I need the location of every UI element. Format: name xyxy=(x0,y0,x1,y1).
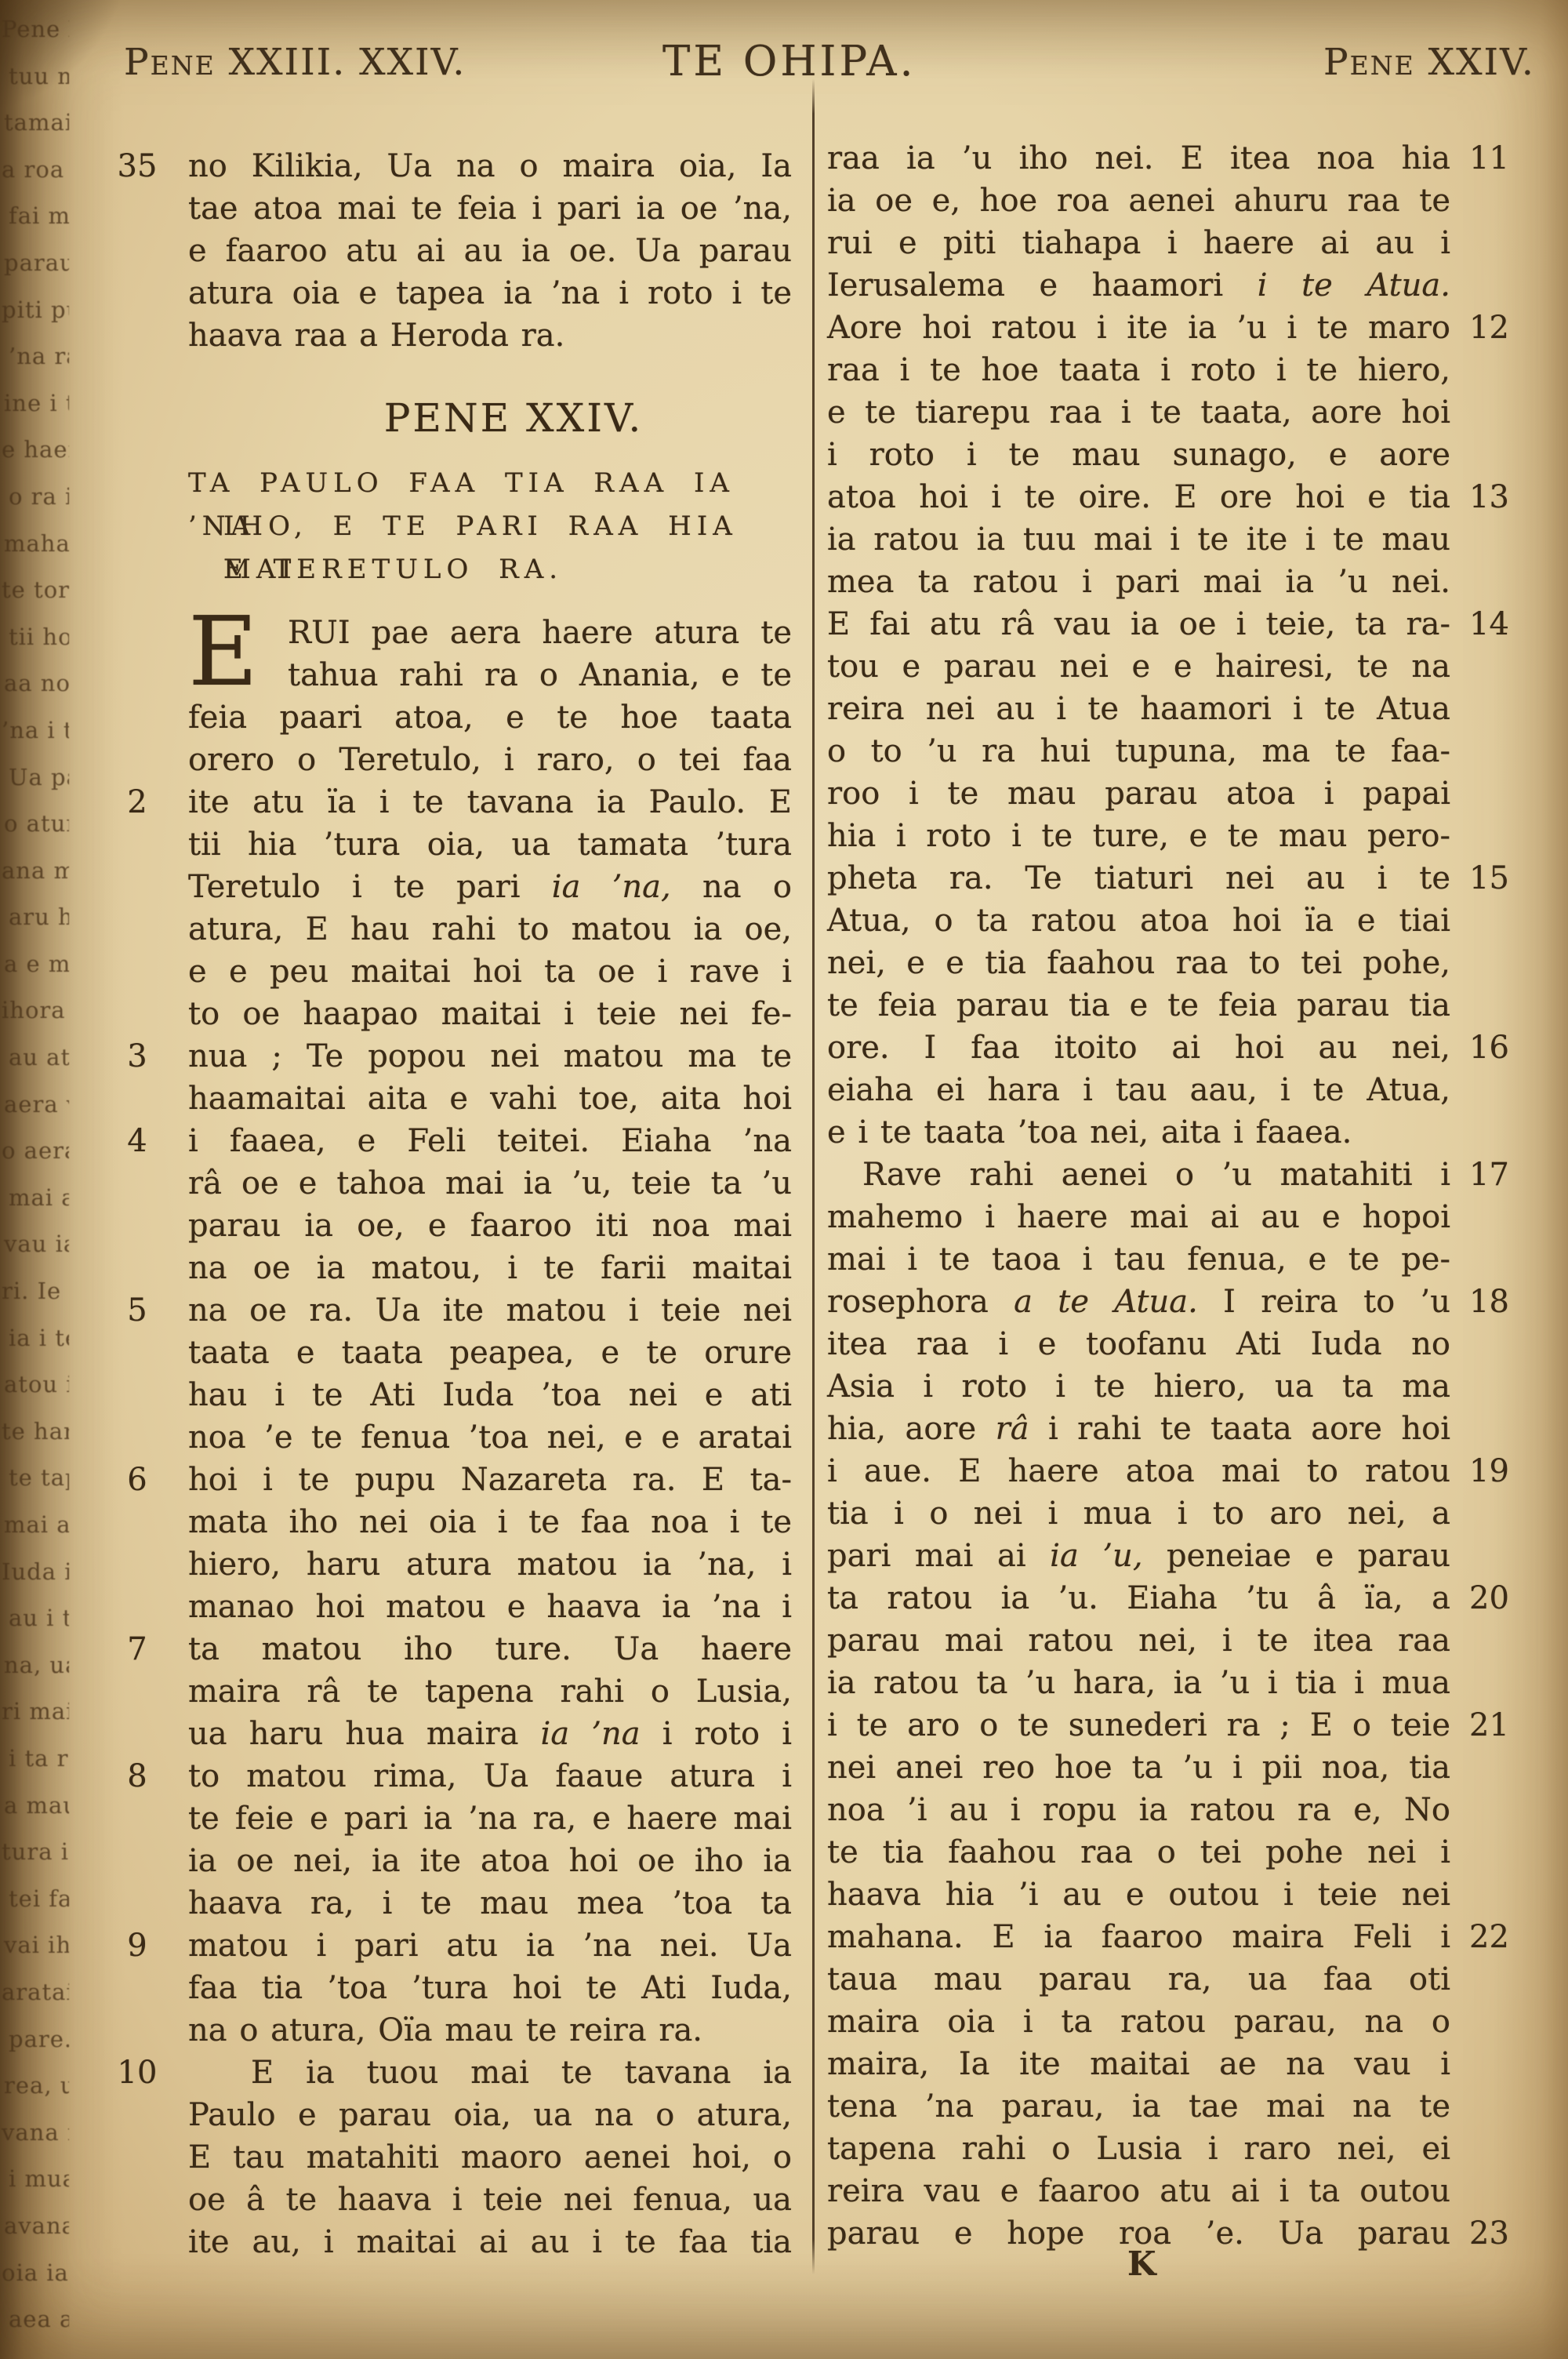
line-text: pheta ra. Te tiaturi nei au i te xyxy=(827,857,1450,900)
text-line: nei, e e tia faahou raa to tei pohe, xyxy=(827,942,1450,984)
verse-number: 19 xyxy=(1469,1450,1532,1492)
line-text: taua mau parau ra, ua faa oti xyxy=(827,1958,1450,2001)
text-line: pheta ra. Te tiaturi nei au i te 15 xyxy=(827,857,1450,900)
line-text: mai i te taoa i tau fenua, e te pe- xyxy=(827,1238,1450,1281)
bleed-text-fragment: o atura, K xyxy=(0,801,69,848)
line-text: faa tia ’toa ’tura hoi te Ati Iuda, xyxy=(188,1967,792,2009)
text-line: e e peu maitai hoi ta oe i rave i xyxy=(188,951,792,993)
line-text: maira, Ia ite maitai ae na vau i xyxy=(827,2043,1450,2085)
line-text: manao hoi matou e haava ia ’na i xyxy=(188,1586,792,1628)
bleed-text-fragment: a mau fa xyxy=(0,1783,69,1830)
text-line: noa ’e te fenua ’toa nei, e e aratai xyxy=(188,1416,792,1459)
text-line: mea ta ratou i pari mai ia ’u nei. xyxy=(827,561,1450,603)
text-line: rui e piti tiahapa i haere ai au i xyxy=(827,222,1450,264)
summary-line: IHO, E TE PARI RAA HIA MAI xyxy=(188,505,792,548)
line-text: reira nei au i te haamori i te Atua xyxy=(827,688,1450,730)
text-line: i aue. E haere atoa mai to ratou 19 xyxy=(827,1450,1450,1492)
text-line: tena ’na parau, ia tae mai na te xyxy=(827,2085,1450,2128)
text-line: e faaroo atu ai au ia oe. Ua parau xyxy=(188,230,792,272)
line-text: Rave rahi aenei o ’u matahiti i xyxy=(827,1154,1450,1196)
line-text: hiero, haru atura matou ia ’na, i xyxy=(188,1543,792,1586)
verse-number: 6 xyxy=(100,1459,174,1501)
header-book-title: TE OHIPA. xyxy=(662,38,916,85)
line-text: ite atu ïa i te tavana ia Paulo. E xyxy=(188,781,792,823)
bleed-text-fragment: aa no Pa xyxy=(0,660,69,707)
text-line: reira vau e faaroo atu ai i ta outou xyxy=(827,2170,1450,2212)
line-text: ia oe e, hoe roa aenei ahuru raa te xyxy=(827,180,1450,222)
text-line: hiero, haru atura matou ia ’na, i xyxy=(188,1543,792,1586)
line-text: maira râ te tapena rahi o Lusia, xyxy=(188,1670,792,1713)
line-text: RUI pae aera haere atura te xyxy=(288,612,792,654)
text-line: nei anei reo hoe ta ’u i pii noa, tia xyxy=(827,1747,1450,1789)
bleed-text-fragment: tii hoi i xyxy=(0,614,69,661)
text-line: rosephora a te Atua. I reira to ’u 18 xyxy=(827,1281,1450,1323)
text-line: mahemo i haere mai ai au e hopoi xyxy=(827,1196,1450,1238)
line-text: oe â te haava i teie nei fenua, ua xyxy=(188,2179,792,2221)
text-line: maira oia i ta ratou parau, na o xyxy=(827,2001,1450,2043)
text-line: manao hoi matou e haava ia ’na i xyxy=(188,1586,792,1628)
line-text: tou e parau nei e e hairesi, te na xyxy=(827,645,1450,688)
bleed-text-fragment: rea, ua h xyxy=(0,2063,69,2110)
line-text: reira vau e faaroo atu ai i ta outou xyxy=(827,2170,1450,2212)
text-line: 10 E ia tuou mai te tavana ia xyxy=(188,2052,792,2094)
line-text: Aore hoi ratou i ite ia ’u i te maro xyxy=(827,307,1450,349)
text-line: orero o Teretulo, i raro, o tei faa xyxy=(188,739,792,781)
verse-number: 10 xyxy=(100,2052,174,2094)
line-text: nua ; Te popou nei matou ma te xyxy=(188,1035,792,1078)
text-line: pari mai ai ia ’u, peneiae e parau xyxy=(827,1535,1450,1577)
chapter-summary: TA PAULO FAA TIA RAA IA ’NA IHO, E TE PA… xyxy=(188,462,792,591)
text-line: tia i o nei i mua i to aro nei, a xyxy=(827,1492,1450,1535)
line-text: rosephora a te Atua. I reira to ’u xyxy=(827,1281,1450,1323)
line-text: tena ’na parau, ia tae mai na te xyxy=(827,2085,1450,2128)
text-line: 9 matou i pari atu ia ’na nei. Ua xyxy=(188,1925,792,1967)
bleed-text-fragment: te hana xyxy=(0,1408,69,1456)
line-text: roo i te mau parau atoa i papai xyxy=(827,772,1450,815)
line-text: parau mai ratou nei, i te itea raa xyxy=(827,1619,1450,1662)
text-line: atura oia e tapea ia ’na i roto i te xyxy=(188,272,792,314)
verse-number: 20 xyxy=(1469,1577,1532,1619)
text-line: haava ra, i te mau mea ’toa ta xyxy=(188,1882,792,1925)
verse-number: 11 xyxy=(1469,137,1532,180)
text-line: taata e taata peapea, e te orure xyxy=(188,1332,792,1374)
signature-mark: K xyxy=(1127,2245,1157,2283)
text-line: haamaitai aita e vahi toe, aita hoi xyxy=(188,1078,792,1120)
line-text: i roto i te mau sunago, e aore xyxy=(827,434,1450,476)
bleed-text-fragment: ihora ra xyxy=(0,987,69,1034)
text-line: 35 no Kilikia, Ua na o maira oia, Ia xyxy=(188,145,792,187)
text-line: itea raa i e toofanu Ati Iuda no xyxy=(827,1323,1450,1365)
text-line: 4 i faaea, e Feli teitei. Eiaha ’na xyxy=(188,1120,792,1162)
text-line: i te aro o te sunederi ra ; E o teie 21 xyxy=(827,1704,1450,1747)
text-line: 7 ta matou iho ture. Ua haere xyxy=(188,1628,792,1670)
verse-number: 17 xyxy=(1469,1154,1532,1196)
line-text: mahemo i haere mai ai au e hopoi xyxy=(827,1196,1450,1238)
line-text: maira oia i ta ratou parau, na o xyxy=(827,2001,1450,2043)
line-text: ta ratou ia ’u. Eiaha ’tu â ïa, a xyxy=(827,1577,1450,1619)
text-line: 2 ite atu ïa i te tavana ia Paulo. E xyxy=(188,781,792,823)
line-text: na oe ia matou, i te farii maitai xyxy=(188,1247,792,1289)
bleed-text-fragment: oia ia xyxy=(0,2250,69,2297)
text-line: na o atura, Oïa mau te reira ra. xyxy=(188,2009,792,2052)
text-line: Atua, o ta ratou atoa hoi ïa e tiai xyxy=(827,900,1450,942)
bleed-text-fragment: ri mai a xyxy=(0,1688,69,1736)
text-line: 8 to matou rima, Ua faaue atura i xyxy=(188,1755,792,1797)
bleed-text-fragment: i mua i xyxy=(0,2156,69,2203)
line-text: ite au, i maitai ai au i te faa tia xyxy=(188,2221,792,2263)
bleed-text-fragment: au i te i xyxy=(0,1595,69,1642)
line-text: no Kilikia, Ua na o maira oia, Ia xyxy=(188,145,792,187)
bleed-text-fragment: mai ai xyxy=(0,1175,69,1222)
bleed-text-fragment: vai iho xyxy=(0,1922,69,1969)
text-line: ta ratou ia ’u. Eiaha ’tu â ïa, a 20 xyxy=(827,1577,1450,1619)
verse-number: 2 xyxy=(100,781,174,823)
line-text: ta matou iho ture. Ua haere xyxy=(188,1628,792,1670)
line-text: ia ratou ia tuu mai i te ite i te mau xyxy=(827,518,1450,561)
line-text: ia ratou ta ’u hara, ia ’u i tia i mua xyxy=(827,1662,1450,1704)
bleed-text-fragment: tamaiti xyxy=(0,100,69,147)
verse-number: 7 xyxy=(100,1628,174,1670)
text-line: ua haru hua maira ia ’na i roto i xyxy=(188,1713,792,1755)
text-line: Rave rahi aenei o ’u matahiti i 17 xyxy=(827,1154,1450,1196)
bleed-text-fragment: mahae xyxy=(0,521,69,568)
bleed-text-fragment: fai mai xyxy=(0,193,69,240)
line-text: râ oe e tahoa mai ia ’u, teie ta ’u xyxy=(188,1162,792,1205)
bleed-text-fragment: aera vau xyxy=(0,1081,69,1129)
line-text: E ia tuou mai te tavana ia xyxy=(188,2052,792,2094)
text-line: atura, E hau rahi to matou ia oe, xyxy=(188,908,792,951)
line-text: Ierusalema e haamori i te Atua. xyxy=(827,264,1450,307)
line-text: ua haru hua maira ia ’na i roto i xyxy=(188,1713,792,1755)
text-line: ia ratou ia tuu mai i te ite i te mau xyxy=(827,518,1450,561)
text-line: tae atoa mai te feia i pari ia oe ’na, xyxy=(188,187,792,230)
bleed-text-fragment: tura ia xyxy=(0,1829,69,1876)
bleed-text-fragment: pare. I xyxy=(0,2016,69,2063)
text-line: tou e parau nei e e hairesi, te na xyxy=(827,645,1450,688)
text-line: te feia parau tia e te feia parau tia xyxy=(827,984,1450,1027)
text-line: hia i roto i te ture, e te mau pero- xyxy=(827,815,1450,857)
line-text: eiaha ei hara i tau aau, i te Atua, xyxy=(827,1069,1450,1111)
bleed-text-fragment: Pene X xyxy=(0,6,69,53)
text-line: e i te taata ’toa nei, aita i faaea. xyxy=(827,1111,1450,1154)
bleed-text-fragment: i ta rato xyxy=(0,1736,69,1783)
verse-number: 35 xyxy=(100,145,174,187)
bleed-text-fragment: o aera va xyxy=(0,1128,69,1175)
line-text: i te aro o te sunederi ra ; E o teie xyxy=(827,1704,1450,1747)
line-text: Teretulo i te pari ia ’na, na o xyxy=(188,866,792,908)
line-text: ia oe nei, ia ite atoa hoi oe iho ia xyxy=(188,1840,792,1882)
line-text: mahana. E ia faaroo maira Feli i xyxy=(827,1916,1450,1958)
line-text: atura oia e tapea ia ’na i roto i te xyxy=(188,272,792,314)
text-line: ore. I faa itoito ai hoi au nei, 16 xyxy=(827,1027,1450,1069)
text-line: 5 na oe ra. Ua ite matou i teie nei xyxy=(188,1289,792,1332)
line-text: Paulo e parau oia, ua na o atura, xyxy=(188,2094,792,2136)
text-line: e te tiarepu raa i te taata, aore hoi xyxy=(827,391,1450,434)
bleed-text-fragment: Ua pa xyxy=(0,754,69,801)
text-line: parau mai ratou nei, i te itea raa xyxy=(827,1619,1450,1662)
text-line: Aore hoi ratou i ite ia ’u i te maro 12 xyxy=(827,307,1450,349)
bleed-text-fragment: piti pue h xyxy=(0,287,69,334)
bleed-text-fragment: avana i xyxy=(0,2203,69,2250)
text-line: E fai atu râ vau ia oe i teie, ta ra- 14 xyxy=(827,603,1450,645)
line-text: rui e piti tiahapa i haere ai au i xyxy=(827,222,1450,264)
text-line: Asia i roto i te hiero, ua ta ma xyxy=(827,1365,1450,1408)
bleed-text-fragment: aratai. I xyxy=(0,1969,69,2016)
line-text: parau ia oe, e faaroo iti noa mai xyxy=(188,1205,792,1247)
verse-35-paragraph: 35 no Kilikia, Ua na o maira oia, Ia tae… xyxy=(188,145,792,357)
line-text: te feia parau tia e te feia parau tia xyxy=(827,984,1450,1027)
verse-number: 13 xyxy=(1469,476,1532,518)
line-text: to matou rima, Ua faaue atura i xyxy=(188,1755,792,1797)
verse-number: 9 xyxy=(100,1925,174,1967)
chapter-heading: PENE XXIV. xyxy=(212,394,815,442)
bleed-text-fragment: mai au xyxy=(0,1502,69,1549)
summary-line: TA PAULO FAA TIA RAA IA ’NA xyxy=(188,462,792,505)
line-text: orero o Teretulo, i raro, o tei faa xyxy=(188,739,792,781)
line-text: mea ta ratou i pari mai ia ’u nei. xyxy=(827,561,1450,603)
line-text: E fai atu râ vau ia oe i teie, ta ra- xyxy=(827,603,1450,645)
line-text: mata iho nei oia i te faa noa i te xyxy=(188,1501,792,1543)
chapter-body: RUI pae aera haere atura te tahua rahi r… xyxy=(188,612,792,2263)
line-text: i aue. E haere atoa mai to ratou xyxy=(827,1450,1450,1492)
line-text: taata e taata peapea, e te orure xyxy=(188,1332,792,1374)
line-text: te tia faahou raa o tei pohe nei i xyxy=(827,1831,1450,1874)
line-text: ore. I faa itoito ai hoi au nei, xyxy=(827,1027,1450,1069)
line-text: nei, e e tia faahou raa to tei pohe, xyxy=(827,942,1450,984)
header-left-chapter-range: Pene XXIII. XXIV. xyxy=(124,41,466,84)
bleed-text-fragment: ri. Ie xyxy=(0,1268,69,1315)
bleed-text-fragment: a roa oe xyxy=(0,147,69,194)
line-text: e faaroo atu ai au ia oe. Ua parau xyxy=(188,230,792,272)
text-line: hia, aore râ i rahi te taata aore hoi xyxy=(827,1408,1450,1450)
text-line: tapena rahi o Lusia i raro nei, ei xyxy=(827,2128,1450,2170)
page-edge-bleed: Pene Xtuu maitamaitia roa oefai maiparau… xyxy=(0,6,69,2355)
text-line: mahana. E ia faaroo maira Feli i 22 xyxy=(827,1916,1450,1958)
line-text: tii hia ’tura oia, ua tamata ’tura xyxy=(188,823,792,866)
text-line: i roto i te mau sunago, e aore xyxy=(827,434,1450,476)
verse-number: 23 xyxy=(1469,2212,1532,2255)
bleed-text-fragment: atou iho xyxy=(0,1361,69,1408)
line-text: e i te taata ’toa nei, aita i faaea. xyxy=(827,1111,1450,1154)
verse-number: 5 xyxy=(100,1289,174,1332)
text-line: haava raa a Heroda ra. xyxy=(188,314,792,357)
text-line: mata iho nei oia i te faa noa i te xyxy=(188,1501,792,1543)
line-text: haava raa a Heroda ra. xyxy=(188,314,792,357)
text-line: te tia faahou raa o tei pohe nei i xyxy=(827,1831,1450,1874)
line-text: na oe ra. Ua ite matou i teie nei xyxy=(188,1289,792,1332)
bleed-text-fragment: aru hia te xyxy=(0,894,69,941)
text-line: eiaha ei hara i tau aau, i te Atua, xyxy=(827,1069,1450,1111)
text-line: raa ia ’u iho nei. E itea noa hia 11 xyxy=(827,137,1450,180)
line-text: noa ’e te fenua ’toa nei, e e aratai xyxy=(188,1416,792,1459)
bleed-text-fragment: ana mana xyxy=(0,848,69,895)
line-text: haamaitai aita e vahi toe, aita hoi xyxy=(188,1078,792,1120)
text-line: 3 nua ; Te popou nei matou ma te xyxy=(188,1035,792,1078)
line-text: Asia i roto i te hiero, ua ta ma xyxy=(827,1365,1450,1408)
line-text: E tau matahiti maoro aenei hoi, o xyxy=(188,2136,792,2179)
text-line: atoa hoi i te oire. E ore hoi e tia 13 xyxy=(827,476,1450,518)
bleed-text-fragment: ine i te f xyxy=(0,380,69,427)
text-line: râ oe e tahoa mai ia ’u, teie ta ’u xyxy=(188,1162,792,1205)
text-line: noa ’i au i ropu ia ratou ra e, No xyxy=(827,1789,1450,1831)
text-line: ite au, i maitai ai au i te faa tia xyxy=(188,2221,792,2263)
right-column-body: raa ia ’u iho nei. E itea noa hia 11 ia … xyxy=(827,137,1450,2255)
text-line: tii hia ’tura oia, ua tamata ’tura xyxy=(188,823,792,866)
line-text: tahua rahi ra o Anania, e te xyxy=(288,654,792,696)
line-text: noa ’i au i ropu ia ratou ra e, No xyxy=(827,1789,1450,1831)
text-line: E tau matahiti maoro aenei hoi, o xyxy=(188,2136,792,2179)
line-text: hau i te Ati Iuda ’toa nei e ati xyxy=(188,1374,792,1416)
line-text: atoa hoi i te oire. E ore hoi e tia xyxy=(827,476,1450,518)
text-line: ia oe nei, ia ite atoa hoi oe iho ia xyxy=(188,1840,792,1882)
line-text: raa i te hoe taata i roto i te hiero, xyxy=(827,349,1450,391)
line-text: tia i o nei i mua i to aro nei, a xyxy=(827,1492,1450,1535)
bleed-text-fragment: ’na i te xyxy=(0,707,69,754)
text-line: raa i te hoe taata i roto i te hiero, xyxy=(827,349,1450,391)
text-line: hau i te Ati Iuda ’toa nei e ati xyxy=(188,1374,792,1416)
bleed-text-fragment: ’na ra, u xyxy=(0,333,69,380)
bleed-text-fragment: tuu mai xyxy=(0,53,69,100)
line-text: Atua, o ta ratou atoa hoi ïa e tiai xyxy=(827,900,1450,942)
text-line: feia paari atoa, e te hoe taata xyxy=(188,696,792,739)
line-text: tapena rahi o Lusia i raro nei, ei xyxy=(827,2128,1450,2170)
text-line: 6 hoi i te pupu Nazareta ra. E ta- xyxy=(188,1459,792,1501)
line-text: tae atoa mai te feia i pari ia oe ’na, xyxy=(188,187,792,230)
line-text: e te tiarepu raa i te taata, aore hoi xyxy=(827,391,1450,434)
text-line: Teretulo i te pari ia ’na, na o xyxy=(188,866,792,908)
line-text: haava ra, i te mau mea ’toa ta xyxy=(188,1882,792,1925)
text-line: Ierusalema e haamori i te Atua. xyxy=(827,264,1450,307)
scanned-book-page: Pene Xtuu maitamaitia roa oefai maiparau… xyxy=(0,0,1568,2359)
line-text: E TERETULO RA. xyxy=(223,548,792,591)
verse-number: 14 xyxy=(1469,603,1532,645)
line-text: pari mai ai ia ’u, peneiae e parau xyxy=(827,1535,1450,1577)
bleed-text-fragment: e haere xyxy=(0,427,69,474)
line-text: feia paari atoa, e te hoe taata xyxy=(188,696,792,739)
bleed-text-fragment: ia i te xyxy=(0,1315,69,1362)
text-line: ia oe e, hoe roa aenei ahuru raa te xyxy=(827,180,1450,222)
verse-number: 22 xyxy=(1469,1916,1532,1958)
summary-line: E TERETULO RA. xyxy=(188,548,792,591)
bleed-text-fragment: Iuda i xyxy=(0,1549,69,1596)
line-text: te feie e pari ia ’na ra, e haere mai xyxy=(188,1797,792,1840)
line-text: o to ’u ra hui tupuna, ma te faa- xyxy=(827,730,1450,772)
bleed-text-fragment: tei faae xyxy=(0,1876,69,1923)
line-text: itea raa i e toofanu Ati Iuda no xyxy=(827,1323,1450,1365)
verse-number: 21 xyxy=(1469,1704,1532,1747)
line-text: hia i roto i te ture, e te mau pero- xyxy=(827,815,1450,857)
verse-number: 4 xyxy=(100,1120,174,1162)
line-text: i faaea, e Feli teitei. Eiaha ’na xyxy=(188,1120,792,1162)
bleed-text-fragment: parau. U xyxy=(0,240,69,287)
text-line: mai i te taoa i tau fenua, e te pe- xyxy=(827,1238,1450,1281)
text-line: taua mau parau ra, ua faa oti xyxy=(827,1958,1450,2001)
line-text: e e peu maitai hoi ta oe i rave i xyxy=(188,951,792,993)
text-line: o to ’u ra hui tupuna, ma te faa- xyxy=(827,730,1450,772)
bleed-text-fragment: na, ua p xyxy=(0,1642,69,1689)
line-text: matou i pari atu ia ’na nei. Ua xyxy=(188,1925,792,1967)
verse-number: 18 xyxy=(1469,1281,1532,1323)
text-line: Paulo e parau oia, ua na o atura, xyxy=(188,2094,792,2136)
line-text: nei anei reo hoe ta ’u i pii noa, tia xyxy=(827,1747,1450,1789)
text-line: reira nei au i te haamori i te Atua xyxy=(827,688,1450,730)
header-right-chapter: Pene XXIV. xyxy=(1323,41,1535,84)
text-line: roo i te mau parau atoa i papai xyxy=(827,772,1450,815)
verse-number: 12 xyxy=(1469,307,1532,349)
line-text: haava hia ’i au e outou i teie nei xyxy=(827,1874,1450,1916)
text-line: to oe haapao maitai i teie nei fe- xyxy=(188,993,792,1035)
text-line: ia ratou ta ’u hara, ia ’u i tia i mua xyxy=(827,1662,1450,1704)
text-line: te feie e pari ia ’na ra, e haere mai xyxy=(188,1797,792,1840)
verse-number: 16 xyxy=(1469,1027,1532,1069)
text-line: na oe ia matou, i te farii maitai xyxy=(188,1247,792,1289)
text-line: haava hia ’i au e outou i teie nei xyxy=(827,1874,1450,1916)
bleed-text-fragment: au atoa h xyxy=(0,1034,69,1081)
bleed-text-fragment: te toru o xyxy=(0,567,69,614)
bleed-text-fragment: te tapa xyxy=(0,1455,69,1502)
verse-number: 15 xyxy=(1469,857,1532,900)
line-text: hia, aore râ i rahi te taata aore hoi xyxy=(827,1408,1450,1450)
bleed-text-fragment: a e mai p xyxy=(0,941,69,988)
text-line: RUI pae aera haere atura te xyxy=(188,612,792,654)
line-text: na o atura, Oïa mau te reira ra. xyxy=(188,2009,792,2052)
text-line: parau ia oe, e faaroo iti noa mai xyxy=(188,1205,792,1247)
line-text: to oe haapao maitai i teie nei fe- xyxy=(188,993,792,1035)
text-line: oe â te haava i teie nei fenua, ua xyxy=(188,2179,792,2221)
line-text: atura, E hau rahi to matou ia oe, xyxy=(188,908,792,951)
verse-number: 3 xyxy=(100,1035,174,1078)
bleed-text-fragment: vana ra xyxy=(0,2110,69,2157)
text-line: faa tia ’toa ’tura hoi te Ati Iuda, xyxy=(188,1967,792,2009)
text-line: maira, Ia ite maitai ae na vau i xyxy=(827,2043,1450,2085)
bleed-text-fragment: o ra ia h xyxy=(0,474,69,521)
line-text: hoi i te pupu Nazareta ra. E ta- xyxy=(188,1459,792,1501)
bleed-text-fragment: aea atu xyxy=(0,2296,69,2343)
text-line: maira râ te tapena rahi o Lusia, xyxy=(188,1670,792,1713)
text-line: tahua rahi ra o Anania, e te xyxy=(188,654,792,696)
bleed-text-fragment: vau ia xyxy=(0,1221,69,1268)
line-text: raa ia ’u iho nei. E itea noa hia xyxy=(827,137,1450,180)
verse-number: 8 xyxy=(100,1755,174,1797)
